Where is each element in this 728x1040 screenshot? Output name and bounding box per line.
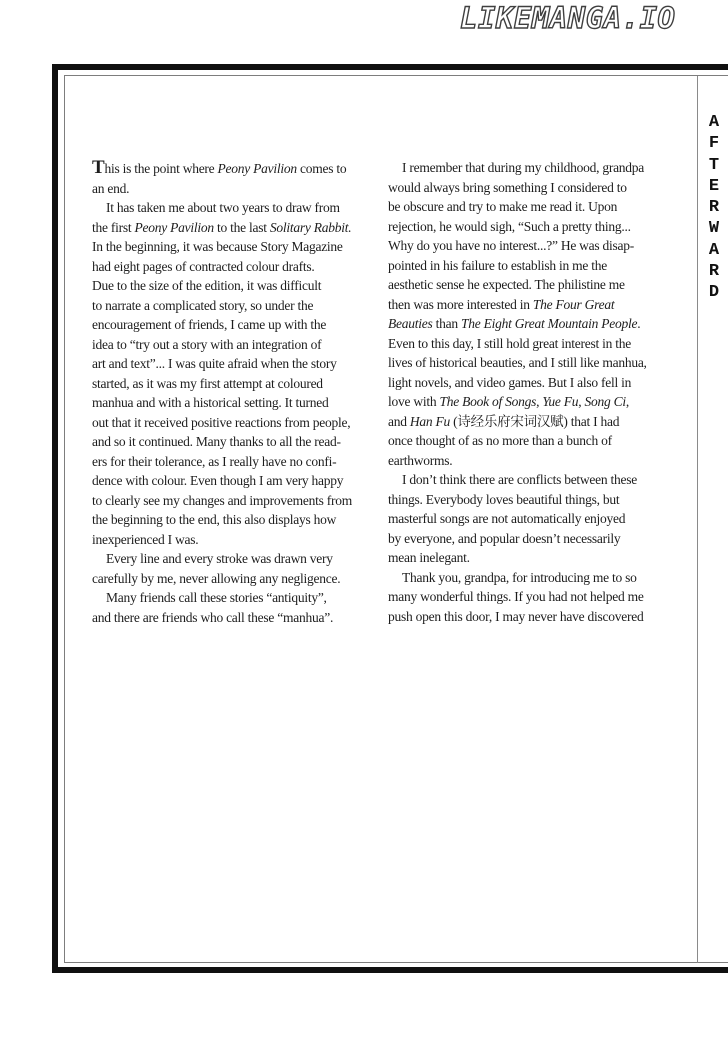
- text-line: would always bring something I considere…: [388, 178, 690, 198]
- body-text: mean inelegant.: [388, 550, 470, 565]
- body-text: In the beginning, it was because Story M…: [92, 239, 343, 254]
- text-line: and Han Fu (诗经乐府宋词汉赋) that I had: [388, 412, 690, 432]
- text-line: carefully by me, never allowing any negl…: [92, 569, 384, 589]
- italic-text: Song Ci: [585, 394, 626, 409]
- italic-text: Han Fu: [410, 414, 450, 429]
- text-line: Beauties than The Eight Great Mountain P…: [388, 314, 690, 334]
- text-line: Why do you have no interest...?” He was …: [388, 236, 690, 256]
- body-text: carefully by me, never allowing any negl…: [92, 571, 340, 586]
- body-text: art and text”... I was quite afraid when…: [92, 356, 337, 371]
- text-line: push open this door, I may never have di…: [388, 607, 690, 627]
- body-text: things. Everybody loves beautiful things…: [388, 492, 619, 507]
- italic-text: The Four Great: [533, 297, 615, 312]
- body-text: had eight pages of contracted colour dra…: [92, 259, 315, 274]
- body-text: push open this door, I may never have di…: [388, 609, 644, 624]
- manga-afterword-page: LIKEMANGA.IO AFTERWARD This is the point…: [0, 0, 728, 1040]
- text-line: ers for their tolerance, as I really hav…: [92, 452, 384, 472]
- afterward-letter: A: [709, 240, 719, 261]
- text-line: manhua and with a historical setting. It…: [92, 393, 384, 413]
- body-text: manhua and with a historical setting. It…: [92, 395, 328, 410]
- text-line: Thank you, grandpa, for introducing me t…: [388, 568, 690, 588]
- text-line: and there are friends who call these “ma…: [92, 608, 384, 628]
- body-text: to clearly see my changes and improvemen…: [92, 493, 352, 508]
- italic-text: The Book of Songs: [440, 394, 537, 409]
- body-text: the first: [92, 220, 135, 235]
- text-line: love with The Book of Songs, Yue Fu, Son…: [388, 392, 690, 412]
- text-line: the beginning to the end, this also disp…: [92, 510, 384, 530]
- text-line: the first Peony Pavilion to the last Sol…: [92, 218, 384, 238]
- text-line: many wonderful things. If you had not he…: [388, 587, 690, 607]
- text-line: pointed in his failure to establish in m…: [388, 256, 690, 276]
- afterward-letter: W: [709, 218, 719, 239]
- body-text: dence with colour. Even though I am very…: [92, 473, 343, 488]
- body-text: many wonderful things. If you had not he…: [388, 589, 644, 604]
- text-line: inexperienced I was.: [92, 530, 384, 550]
- text-line: idea to “try out a story with an integra…: [92, 335, 384, 355]
- body-text: ers for their tolerance, as I really hav…: [92, 454, 336, 469]
- right-text-column: I remember that during my childhood, gra…: [388, 158, 690, 626]
- afterward-letter: R: [709, 261, 719, 282]
- text-line: rejection, he would sigh, “Such a pretty…: [388, 217, 690, 237]
- body-text: Why do you have no interest...?” He was …: [388, 238, 634, 253]
- body-text: would always bring something I considere…: [388, 180, 627, 195]
- body-text: his is the point where: [104, 161, 217, 176]
- text-line: Due to the size of the edition, it was d…: [92, 276, 384, 296]
- text-line: once thought of as no more than a bunch …: [388, 431, 690, 451]
- body-text: encouragement of friends, I came up with…: [92, 317, 326, 332]
- body-text: pointed in his failure to establish in m…: [388, 258, 607, 273]
- text-line: lives of historical beauties, and I stil…: [388, 353, 690, 373]
- italic-text: Beauties: [388, 316, 433, 331]
- afterward-letter: D: [709, 282, 719, 303]
- text-line: and so it continued. Many thanks to all …: [92, 432, 384, 452]
- body-text: masterful songs are not automatically en…: [388, 511, 625, 526]
- text-line: Even to this day, I still hold great int…: [388, 334, 690, 354]
- body-text: lives of historical beauties, and I stil…: [388, 355, 647, 370]
- drop-cap: T: [92, 157, 104, 178]
- afterward-letter: A: [709, 112, 719, 133]
- body-text: started, as it was my first attempt at c…: [92, 376, 323, 391]
- text-line: to clearly see my changes and improvemen…: [92, 491, 384, 511]
- text-line: out that it received positive reactions …: [92, 413, 384, 433]
- text-line: Many friends call these stories “antiqui…: [92, 588, 384, 608]
- text-line: had eight pages of contracted colour dra…: [92, 257, 384, 277]
- body-text: Thank you, grandpa, for introducing me t…: [402, 570, 637, 585]
- text-line: light novels, and video games. But I als…: [388, 373, 690, 393]
- body-text: the beginning to the end, this also disp…: [92, 512, 336, 527]
- text-line: It has taken me about two years to draw …: [92, 198, 384, 218]
- text-line: dence with colour. Even though I am very…: [92, 471, 384, 491]
- body-text: by everyone, and popular doesn’t necessa…: [388, 531, 620, 546]
- text-line: Every line and every stroke was drawn ve…: [92, 549, 384, 569]
- body-text: comes to: [297, 161, 347, 176]
- text-line: aesthetic sense he expected. The philist…: [388, 275, 690, 295]
- text-line: masterful songs are not automatically en…: [388, 509, 690, 529]
- text-line: encouragement of friends, I came up with…: [92, 315, 384, 335]
- text-line: This is the point where Peony Pavilion c…: [92, 158, 384, 179]
- text-line: by everyone, and popular doesn’t necessa…: [388, 529, 690, 549]
- text-line: things. Everybody loves beautiful things…: [388, 490, 690, 510]
- text-line: earthworms.: [388, 451, 690, 471]
- body-text: inexperienced I was.: [92, 532, 198, 547]
- text-line: then was more interested in The Four Gre…: [388, 295, 690, 315]
- text-line: In the beginning, it was because Story M…: [92, 237, 384, 257]
- body-text: Due to the size of the edition, it was d…: [92, 278, 321, 293]
- body-text: and so it continued. Many thanks to all …: [92, 434, 341, 449]
- body-text: .: [637, 316, 640, 331]
- italic-text: Solitary Rabbit.: [270, 220, 352, 235]
- sidebar-divider-line: [697, 76, 698, 963]
- body-text: and there are friends who call these “ma…: [92, 610, 333, 625]
- body-text: I remember that during my childhood, gra…: [402, 160, 644, 175]
- body-text: earthworms.: [388, 453, 452, 468]
- afterward-letter: E: [709, 176, 719, 197]
- body-text: Even to this day, I still hold great int…: [388, 336, 631, 351]
- text-line: an end.: [92, 179, 384, 199]
- body-text: then was more interested in: [388, 297, 533, 312]
- body-text: Every line and every stroke was drawn ve…: [106, 551, 333, 566]
- body-text: to the last: [214, 220, 270, 235]
- body-text: idea to “try out a story with an integra…: [92, 337, 321, 352]
- site-watermark: LIKEMANGA.IO: [460, 1, 676, 35]
- body-text: It has taken me about two years to draw …: [106, 200, 340, 215]
- body-text: to narrate a complicated story, so under…: [92, 298, 313, 313]
- italic-text: Peony Pavilion: [135, 220, 214, 235]
- body-text: ,: [626, 394, 629, 409]
- body-text: I don’t think there are conflicts betwee…: [402, 472, 637, 487]
- italic-text: Peony Pavilion: [218, 161, 297, 176]
- text-line: be obscure and try to make me read it. U…: [388, 197, 690, 217]
- body-text: Many friends call these stories “antiqui…: [106, 590, 327, 605]
- body-text: than: [433, 316, 462, 331]
- text-line: started, as it was my first attempt at c…: [92, 374, 384, 394]
- body-text: aesthetic sense he expected. The philist…: [388, 277, 625, 292]
- body-text: (诗经乐府宋词汉赋) that I had: [450, 414, 619, 429]
- afterward-letter: R: [709, 197, 719, 218]
- text-line: to narrate a complicated story, so under…: [92, 296, 384, 316]
- body-text: be obscure and try to make me read it. U…: [388, 199, 617, 214]
- left-text-column: This is the point where Peony Pavilion c…: [92, 158, 384, 627]
- afterward-letter: F: [709, 133, 719, 154]
- text-line: art and text”... I was quite afraid when…: [92, 354, 384, 374]
- afterward-vertical-label: AFTERWARD: [702, 112, 726, 304]
- body-text: out that it received positive reactions …: [92, 415, 350, 430]
- body-text: rejection, he would sigh, “Such a pretty…: [388, 219, 631, 234]
- body-text: and: [388, 414, 410, 429]
- body-text: light novels, and video games. But I als…: [388, 375, 631, 390]
- afterward-letter: T: [709, 155, 719, 176]
- italic-text: Yue Fu: [542, 394, 578, 409]
- text-line: I remember that during my childhood, gra…: [388, 158, 690, 178]
- body-text: love with: [388, 394, 440, 409]
- body-text: an end.: [92, 181, 129, 196]
- text-line: mean inelegant.: [388, 548, 690, 568]
- italic-text: The Eight Great Mountain People: [461, 316, 637, 331]
- text-line: I don’t think there are conflicts betwee…: [388, 470, 690, 490]
- body-text: once thought of as no more than a bunch …: [388, 433, 612, 448]
